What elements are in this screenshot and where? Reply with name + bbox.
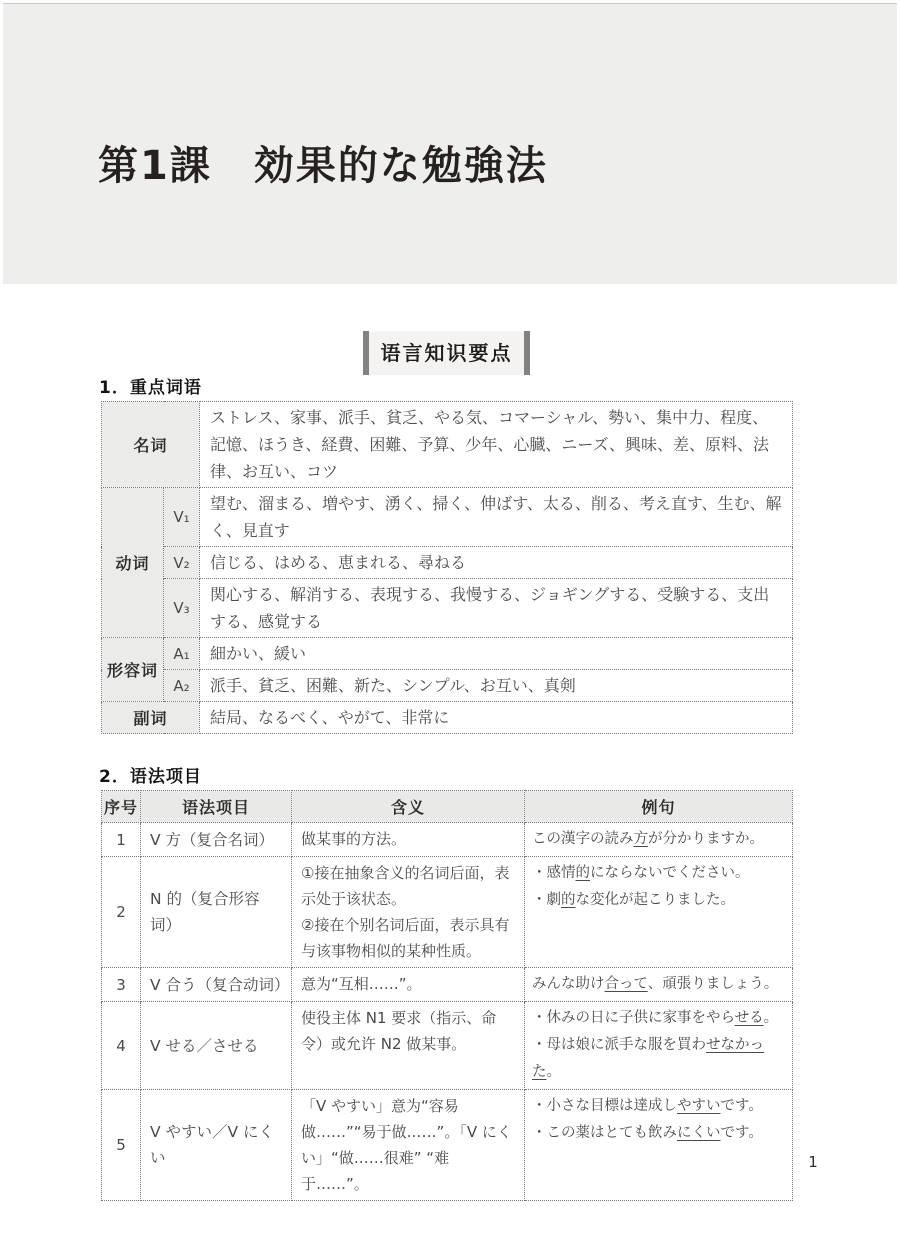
grammar-item-5: V やすい／V にくい <box>141 1090 292 1201</box>
grammar-examples-2: ・感情的にならないでください。・劇的な変化が起こりました。 <box>525 857 793 968</box>
vocab-row-adj-a1: 形容词 A₁ 細かい、緩い <box>102 638 793 670</box>
vocab-row-noun: 名词 ストレス、家事、派手、貧乏、やる気、コマーシャル、勢い、集中力、程度、記憶… <box>102 402 793 488</box>
vocab-subtag-a1: A₁ <box>164 638 200 670</box>
grammar-examples-5: ・小さな目標は達成しやすいです。・この薬はとても飲みにくいです。 <box>525 1090 793 1201</box>
vocab-subtag-v1: V₁ <box>164 488 200 547</box>
vocab-label-adj: 形容词 <box>102 638 164 702</box>
vocab-row-verb-v2: V₂ 信じる、はめる、恵まれる、尋ねる <box>102 547 793 579</box>
vocab-content-a1: 細かい、緩い <box>200 638 793 670</box>
grammar-item-4: V せる／させる <box>141 1002 292 1090</box>
grammar-row-5: 5 V やすい／V にくい 「V やすい」意为“容易做……”“易于做……”。「V… <box>102 1090 793 1201</box>
vocab-subtag-v2: V₂ <box>164 547 200 579</box>
textbook-page: { "page": { "title": "第1課 効果的な勉強法", "num… <box>0 0 900 1236</box>
grammar-meaning-3: 意为“互相……”。 <box>292 968 525 1002</box>
grammar-col-item-header: 语法项目 <box>141 791 292 823</box>
vocab-content-v2: 信じる、はめる、恵まれる、尋ねる <box>200 547 793 579</box>
grammar-table: 序号 语法项目 含义 例句 1 V 方（复合名词） 做某事的方法。 この漢字の読… <box>101 790 793 1201</box>
grammar-meaning-5: 「V やすい」意为“容易做……”“易于做……”。「V にくい」“做……很难” “… <box>292 1090 525 1201</box>
grammar-header-row: 序号 语法项目 含义 例句 <box>102 791 793 823</box>
grammar-no-4: 4 <box>102 1002 141 1090</box>
grammar-item-1: V 方（复合名词） <box>141 823 292 857</box>
vocab-row-verb-v1: 动词 V₁ 望む、溜まる、増やす、湧く、掃く、伸ばす、太る、削る、考え直す、生む… <box>102 488 793 547</box>
vocab-row-adj-a2: A₂ 派手、貧乏、困難、新た、シンプル、お互い、真剣 <box>102 670 793 702</box>
section-badge: 语言知识要点 <box>363 331 530 375</box>
vocab-table: 名词 ストレス、家事、派手、貧乏、やる気、コマーシャル、勢い、集中力、程度、記憶… <box>101 401 793 734</box>
section-badge-label: 语言知识要点 <box>363 331 530 375</box>
badge-right-bar <box>524 331 530 375</box>
grammar-item-2: N 的（复合形容词） <box>141 857 292 968</box>
grammar-col-example-header: 例句 <box>525 791 793 823</box>
vocab-row-adv: 副词 結局、なるべく、やがて、非常に <box>102 702 793 734</box>
vocab-content-v3: 関心する、解消する、表現する、我慢する、ジョギングする、受験する、支出する、感覚… <box>200 579 793 638</box>
page-number: 1 <box>793 1153 833 1171</box>
grammar-row-4: 4 V せる／させる 使役主体 N1 要求（指示、命令）或允许 N2 做某事。 … <box>102 1002 793 1090</box>
grammar-col-meaning-header: 含义 <box>292 791 525 823</box>
grammar-section-heading: 2．语法项目 <box>99 762 202 787</box>
lesson-title: 第1課 効果的な勉強法 <box>98 134 548 191</box>
grammar-examples-1: この漢字の読み方が分かりますか。 <box>525 823 793 857</box>
vocab-label-adv: 副词 <box>102 702 200 734</box>
grammar-meaning-4: 使役主体 N1 要求（指示、命令）或允许 N2 做某事。 <box>292 1002 525 1090</box>
grammar-meaning-1: 做某事的方法。 <box>292 823 525 857</box>
vocab-section-heading: 1．重点词语 <box>99 373 202 398</box>
grammar-item-3: V 合う（复合动词） <box>141 968 292 1002</box>
grammar-no-5: 5 <box>102 1090 141 1201</box>
vocab-label-verb: 动词 <box>102 488 164 638</box>
grammar-examples-4: ・休みの日に子供に家事をやらせる。・母は娘に派手な服を買わせなかった。 <box>525 1002 793 1090</box>
grammar-no-1: 1 <box>102 823 141 857</box>
grammar-meaning-2: ①接在抽象含义的名词后面，表示处于该状态。②接在个别名词后面，表示具有与该事物相… <box>292 857 525 968</box>
grammar-no-2: 2 <box>102 857 141 968</box>
grammar-col-no-header: 序号 <box>102 791 141 823</box>
vocab-content-v1: 望む、溜まる、増やす、湧く、掃く、伸ばす、太る、削る、考え直す、生む、解く、見直… <box>200 488 793 547</box>
vocab-content-noun: ストレス、家事、派手、貧乏、やる気、コマーシャル、勢い、集中力、程度、記憶、ほう… <box>200 402 793 488</box>
vocab-content-a2: 派手、貧乏、困難、新た、シンプル、お互い、真剣 <box>200 670 793 702</box>
grammar-row-3: 3 V 合う（复合动词） 意为“互相……”。 みんな助け合って、頑張りましょう。 <box>102 968 793 1002</box>
badge-left-bar <box>363 331 369 375</box>
grammar-examples-3: みんな助け合って、頑張りましょう。 <box>525 968 793 1002</box>
lesson-banner: 第1課 効果的な勉強法 <box>3 3 897 284</box>
vocab-row-verb-v3: V₃ 関心する、解消する、表現する、我慢する、ジョギングする、受験する、支出する… <box>102 579 793 638</box>
vocab-subtag-v3: V₃ <box>164 579 200 638</box>
vocab-label-noun: 名词 <box>102 402 200 488</box>
grammar-no-3: 3 <box>102 968 141 1002</box>
vocab-content-adv: 結局、なるべく、やがて、非常に <box>200 702 793 734</box>
grammar-row-1: 1 V 方（复合名词） 做某事的方法。 この漢字の読み方が分かりますか。 <box>102 823 793 857</box>
grammar-row-2: 2 N 的（复合形容词） ①接在抽象含义的名词后面，表示处于该状态。②接在个别名… <box>102 857 793 968</box>
vocab-subtag-a2: A₂ <box>164 670 200 702</box>
